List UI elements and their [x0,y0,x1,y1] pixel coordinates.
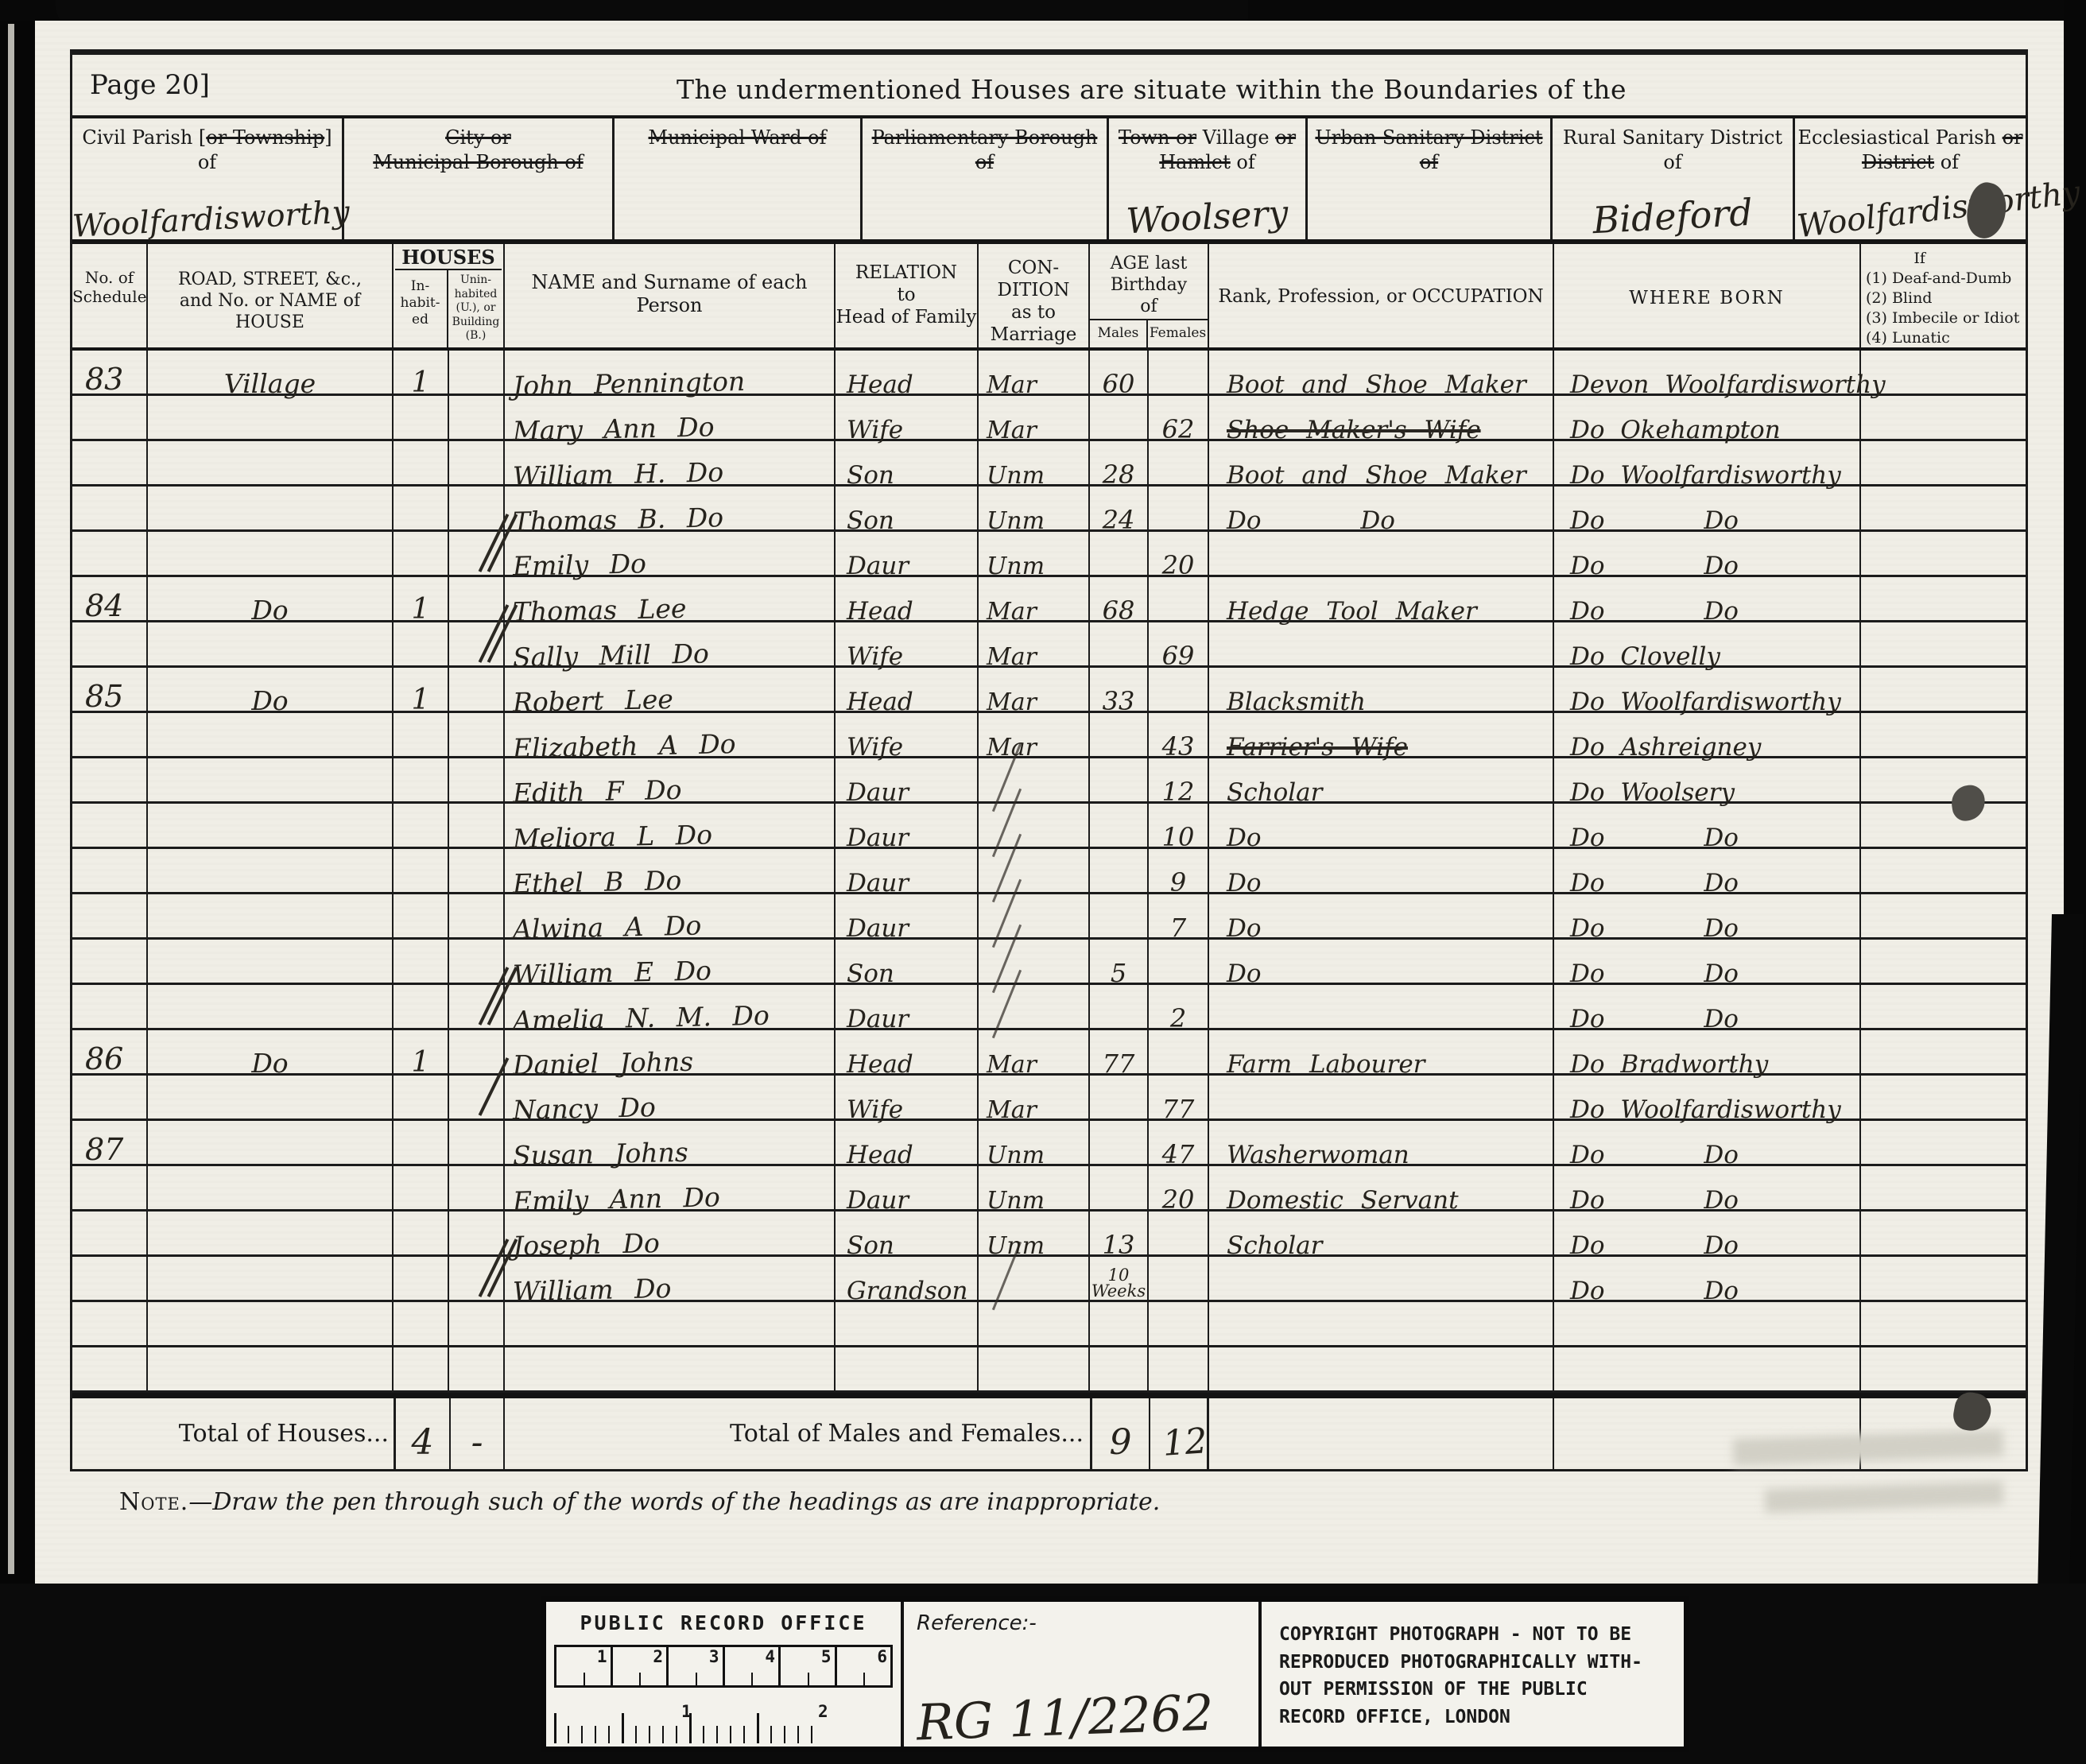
cell-f: 69 [1149,622,1209,668]
cell-rel: Daur [836,849,979,894]
total-persons-label: Total of Males and Females... [505,1398,1090,1469]
houses-group-title: HOUSES [394,244,503,269]
header-box-label: Rural Sanitary District of [1553,126,1793,175]
cell-m [1090,532,1149,577]
census-form-paper: Page 20] The undermentioned Houses are s… [35,21,2064,1584]
cell-occ: Blacksmith [1209,668,1554,713]
header-box-label: Civil Parish [or Township] of [72,126,342,175]
cell-road: Do [148,668,394,713]
cell-m [1090,1166,1149,1212]
ruler-inch-cell: 2 [613,1647,669,1685]
cell-inh [394,894,449,940]
total-uninhabited-value: - [451,1422,503,1463]
cell-m [1090,396,1149,441]
cell-rel: Head [836,577,979,622]
cell-sch [72,940,148,985]
cell-name [505,1347,836,1393]
header-box-city-municipal-borough: City orMunicipal Borough of [344,118,615,239]
cell-occ: Washerwoman [1209,1121,1554,1166]
header-box-label: City orMunicipal Borough of [344,126,612,175]
cell-rel: Head [836,668,979,713]
footer-note-text: —Draw the pen through such of the words … [188,1488,1160,1516]
cell-rel [836,1347,979,1393]
footer-note-label: Note. [119,1488,188,1516]
cell-name: Edith F Do [505,758,836,804]
cell-born: Do Do [1554,577,1861,622]
cell-sch: 85 [72,668,148,713]
cell-rel: Daur [836,1166,979,1212]
cell-name: Susan Johns [505,1121,836,1166]
cell-road [148,1257,394,1302]
cell-inh [394,1121,449,1166]
census-row: Ethel B DoDaur9DoDo Do [72,849,2026,894]
cell-road [148,940,394,985]
total-inhabited-value: 4 [396,1422,449,1463]
cell-dis [1861,758,2026,804]
header-box-label: Urban Sanitary District of [1308,126,1550,175]
cell-born: Do Do [1554,849,1861,894]
cell-name: Elizabeth A Do [505,713,836,758]
cell-sch [72,985,148,1030]
cell-road [148,985,394,1030]
cell-road [148,441,394,487]
cell-road: Village [148,351,394,396]
cell-occ: Do [1209,940,1554,985]
cell-uninh [449,1302,505,1347]
cell-rel: Son [836,940,979,985]
header-box-label: Ecclesiastical Parish orDistrict of [1795,126,2026,175]
cell-uninh [449,940,505,985]
faint-stamp-smudge [1765,1481,2004,1513]
cell-dis [1861,1030,2026,1076]
cell-occ [1209,1347,1554,1393]
cell-uninh [449,577,505,622]
column-header-where-born: WHERE BORN [1554,244,1861,347]
cell-inh [394,622,449,668]
cell-f: 20 [1149,1166,1209,1212]
cell-f: 2 [1149,985,1209,1030]
cell-born: Do Do [1554,940,1861,985]
cell-born: Do Okehampton [1554,396,1861,441]
census-row: Alwina A DoDaur7DoDo Do [72,894,2026,940]
column-header-houses: HOUSES In- habit- ed Unin- habited (U.),… [394,244,505,347]
census-row: Thomas B. DoSonUnm24Do DoDo Do [72,487,2026,532]
cell-sch [72,441,148,487]
cell-rel: Grandson [836,1257,979,1302]
cell-dis [1861,1302,2026,1347]
parish-boxes: Civil Parish [or Township] ofWoolfardisw… [72,118,2026,244]
total-females-value: 12 [1155,1421,1214,1465]
cell-inh [394,1166,449,1212]
cell-dis [1861,351,2026,396]
cell-name: Nancy Do [505,1076,836,1121]
cell-rel: Head [836,1030,979,1076]
cell-rel [836,1302,979,1347]
cell-born: Do Woolfardisworthy [1554,668,1861,713]
cell-dis [1861,894,2026,940]
cell-m: 28 [1090,441,1149,487]
cell-m: 68 [1090,577,1149,622]
cell-inh [394,1076,449,1121]
header-box-label: Parliamentary Borough of [863,126,1107,175]
census-row [72,1302,2026,1347]
cell-dis [1861,441,2026,487]
column-header-age: AGE last Birthday of Males Females [1090,244,1209,347]
census-row: 83Village1John PenningtonHeadMar60Boot a… [72,351,2026,396]
copyright-line: REPRODUCED PHOTOGRAPHICALLY WITH- [1279,1649,1684,1677]
total-uninhabited-cell: - [449,1398,505,1469]
cell-uninh [449,1212,505,1257]
cell-road [148,1302,394,1347]
cell-rel: Head [836,1121,979,1166]
cell-occ: Do [1209,849,1554,894]
cell-f [1149,1347,1209,1393]
cell-born: Do Woolsery [1554,758,1861,804]
cell-occ: Farrier's Wife [1209,713,1554,758]
total-inhabited-cell: 4 [394,1398,449,1469]
cell-uninh [449,713,505,758]
cell-name: William H. Do [505,441,836,487]
cell-f: 47 [1149,1121,1209,1166]
header-box-label: Municipal Ward of [615,126,860,150]
ruler-inch-cell: 6 [837,1647,891,1685]
cell-f: 7 [1149,894,1209,940]
cell-occ: Shoe Maker's Wife [1209,396,1554,441]
cell-cond [979,804,1090,849]
cell-cond [979,1302,1090,1347]
cell-road [148,849,394,894]
cell-m: 33 [1090,668,1149,713]
cell-sch [72,487,148,532]
cell-rel: Son [836,487,979,532]
cell-sch [72,1302,148,1347]
cell-rel: Daur [836,532,979,577]
cell-dis [1861,487,2026,532]
cell-occ: Boot and Shoe Maker [1209,351,1554,396]
copyright-line: COPYRIGHT PHOTOGRAPH - NOT TO BE [1279,1621,1684,1649]
cell-sch [72,1257,148,1302]
cell-sch: 86 [72,1030,148,1076]
cell-rel: Son [836,441,979,487]
cell-born [1554,1302,1861,1347]
cell-inh [394,985,449,1030]
cell-cond: Mar [979,396,1090,441]
cell-m [1090,1121,1149,1166]
header-box-civil-parish: Civil Parish [or Township] ofWoolfardisw… [72,118,344,239]
column-header-uninhabited: Unin- habited (U.), or Building (B.) [448,269,503,347]
cell-m [1090,1302,1149,1347]
houses-subheaders: In- habit- ed Unin- habited (U.), or Bui… [394,269,503,347]
census-row: 85Do1Robert LeeHeadMar33BlacksmithDo Woo… [72,668,2026,713]
cell-born: Do Bradworthy [1554,1030,1861,1076]
ruler-centimetres: 12 [554,1702,824,1743]
header-box-value: Bideford [1552,188,1793,244]
cell-occ: Do Do [1209,487,1554,532]
cell-m [1090,894,1149,940]
cell-dis [1861,396,2026,441]
cell-sch [72,1347,148,1393]
reference-value: RG 11/2262 [916,1684,1215,1752]
cell-name: Alwina A Do [505,894,836,940]
header-box-municipal-ward: Municipal Ward of [615,118,863,239]
cell-uninh [449,1030,505,1076]
cell-rel: Wife [836,622,979,668]
cell-occ [1209,1076,1554,1121]
cell-sch [72,1076,148,1121]
census-row: Emily DoDaurUnm20Do Do [72,532,2026,577]
cell-occ [1209,1257,1554,1302]
cell-cond [979,985,1090,1030]
column-header-name: NAME and Surname of each Person [505,244,836,347]
total-houses-label: Total of Houses... [72,1398,394,1469]
cell-road [148,396,394,441]
ruler-inch-cell: 4 [725,1647,781,1685]
cell-f [1149,351,1209,396]
cell-m: 5 [1090,940,1149,985]
ruler-inches: 123456 [554,1645,893,1688]
cell-inh [394,804,449,849]
cell-cond [979,1347,1090,1393]
cell-m [1090,713,1149,758]
cell-name: John Pennington [505,351,836,396]
table-header-row: No. of Schedule ROAD, STREET, &c., and N… [72,244,2026,351]
cell-rel: Daur [836,758,979,804]
census-row: Nancy DoWifeMar77Do Woolfardisworthy [72,1076,2026,1121]
cell-occ [1209,985,1554,1030]
cell-dis [1861,622,2026,668]
cell-f: 77 [1149,1076,1209,1121]
column-header-inhabited: In- habit- ed [394,269,448,347]
census-row: 84Do1Thomas LeeHeadMar68Hedge Tool Maker… [72,577,2026,622]
cell-born: Do Do [1554,1257,1861,1302]
cell-road [148,1212,394,1257]
cell-name: Mary Ann Do [505,396,836,441]
cell-sch [72,713,148,758]
cell-cond: Mar [979,622,1090,668]
ruler-inch-cell: 3 [669,1647,725,1685]
cell-sch [72,849,148,894]
cell-born: Do Do [1554,1121,1861,1166]
cell-name: Sally Mill Do [505,622,836,668]
cell-road [148,758,394,804]
cell-f: 10 [1149,804,1209,849]
copyright-line: OUT PERMISSION OF THE PUBLIC [1279,1676,1684,1704]
cell-occ: Hedge Tool Maker [1209,577,1554,622]
header-box-town-or-village: Town or Village orHamlet ofWoolsery [1109,118,1308,239]
cell-cond [979,758,1090,804]
cell-road [148,622,394,668]
census-row [72,1347,2026,1393]
cell-inh [394,1347,449,1393]
cell-m: 77 [1090,1030,1149,1076]
cell-inh [394,441,449,487]
cell-uninh [449,804,505,849]
cell-inh: 1 [394,351,449,396]
census-row: Amelia N. M. DoDaur2Do Do [72,985,2026,1030]
cell-inh [394,1257,449,1302]
cell-cond: Unm [979,441,1090,487]
census-row: 87Susan JohnsHeadUnm47WasherwomanDo Do [72,1121,2026,1166]
total-females-cell: 12 [1149,1398,1209,1469]
cell-road [148,1121,394,1166]
column-header-schedule: No. of Schedule [72,244,148,347]
cell-occ: Domestic Servant [1209,1166,1554,1212]
cell-m: 60 [1090,351,1149,396]
form-title-row: Page 20] The undermentioned Houses are s… [72,55,2026,118]
cell-cond [979,849,1090,894]
cell-road [148,1347,394,1393]
cell-road [148,713,394,758]
header-box-rural-sanitary-district: Rural Sanitary District ofBideford [1553,118,1795,239]
cell-uninh [449,668,505,713]
public-record-office-title: PUBLIC RECORD OFFICE [546,1602,901,1634]
cell-m [1090,985,1149,1030]
cell-dis [1861,940,2026,985]
cell-dis [1861,1166,2026,1212]
cell-road [148,804,394,849]
scan-border-left [0,0,35,1764]
cell-born: Do Do [1554,487,1861,532]
cell-cond: Mar [979,351,1090,396]
cell-uninh [449,441,505,487]
cell-m [1090,622,1149,668]
cell-sch [72,1212,148,1257]
cell-f [1149,1212,1209,1257]
cell-occ [1209,532,1554,577]
header-box-value: Woolsery [1108,192,1306,243]
cell-rel: Wife [836,396,979,441]
census-row: William H. DoSonUnm28Boot and Shoe Maker… [72,441,2026,487]
cell-name: Thomas Lee [505,577,836,622]
cell-sch: 83 [72,351,148,396]
cell-sch [72,396,148,441]
cell-sch [72,532,148,577]
cell-cond: Mar [979,713,1090,758]
census-row: Meliora L DoDaur10DoDo Do [72,804,2026,849]
cell-f: 9 [1149,849,1209,894]
stamp-copyright-section: COPYRIGHT PHOTOGRAPH - NOT TO BEREPRODUC… [1262,1602,1684,1747]
cell-born: Do Do [1554,532,1861,577]
cell-m: 13 [1090,1212,1149,1257]
footer-note: Note.—Draw the pen through such of the w… [119,1488,1160,1516]
cell-inh [394,849,449,894]
cell-cond [979,1257,1090,1302]
cell-uninh [449,487,505,532]
cell-rel: Wife [836,713,979,758]
cell-occ: Farm Labourer [1209,1030,1554,1076]
cell-rel: Wife [836,1076,979,1121]
cell-f [1149,487,1209,532]
cell-occ: Do [1209,894,1554,940]
cell-occ [1209,622,1554,668]
header-box-value: Woolfardisworthy [72,195,343,245]
cell-name: Thomas B. Do [505,487,836,532]
column-header-road: ROAD, STREET, &c., and No. or NAME of HO… [148,244,394,347]
cell-inh [394,1212,449,1257]
cell-inh [394,396,449,441]
scanned-census-page: Page 20] The undermentioned Houses are s… [0,0,2086,1764]
cell-occ [1209,1302,1554,1347]
cell-name: Robert Lee [505,668,836,713]
cell-born: Do Do [1554,804,1861,849]
cell-road: Do [148,1030,394,1076]
census-form: Page 20] The undermentioned Houses are s… [70,49,2028,1471]
cell-m [1090,849,1149,894]
column-header-condition: CON- DITION as to Marriage [979,244,1090,347]
ruler-cm-number: 2 [818,1702,828,1721]
cell-born: Devon Woolfardisworthy [1554,351,1861,396]
cell-sch [72,622,148,668]
cell-inh [394,940,449,985]
cell-occ: Scholar [1209,1212,1554,1257]
cell-born [1554,1347,1861,1393]
cell-inh [394,758,449,804]
cell-dis [1861,577,2026,622]
cell-f [1149,441,1209,487]
cell-born: Do Woolfardisworthy [1554,1076,1861,1121]
cell-inh: 1 [394,1030,449,1076]
column-header-disability: If (1) Deaf-and-Dumb (2) Blind (3) Imbec… [1861,244,2026,347]
cell-uninh [449,1121,505,1166]
cell-cond: Unm [979,532,1090,577]
ruler-inch-cell: 1 [556,1647,613,1685]
cell-name: Joseph Do [505,1212,836,1257]
cell-sch: 87 [72,1121,148,1166]
age-subheaders: Males Females [1090,319,1208,347]
cell-road: Do [148,577,394,622]
cell-occ: Scholar [1209,758,1554,804]
cell-dis [1861,1257,2026,1302]
cell-born: Do Woolfardisworthy [1554,441,1861,487]
cell-m [1090,1347,1149,1393]
cell-name: Amelia N. M. Do [505,985,836,1030]
cell-f [1149,940,1209,985]
cell-road [148,532,394,577]
cell-name: William Do [505,1257,836,1302]
census-row: 86Do1Daniel JohnsHeadMar77Farm LabourerD… [72,1030,2026,1076]
cell-inh [394,1302,449,1347]
cell-born: Do Do [1554,985,1861,1030]
cell-f [1149,1302,1209,1347]
cell-born: Do Do [1554,894,1861,940]
form-title: The undermentioned Houses are situate wi… [677,74,1627,105]
cell-occ: Boot and Shoe Maker [1209,441,1554,487]
cell-inh: 1 [394,668,449,713]
cell-f: 43 [1149,713,1209,758]
header-box-parliamentary-borough: Parliamentary Borough of [863,118,1109,239]
column-header-relation: RELATION to Head of Family [836,244,979,347]
cell-rel: Daur [836,804,979,849]
scan-edge-sliver [8,24,14,1574]
cell-dis [1861,804,2026,849]
cell-uninh [449,758,505,804]
cell-name: Ethel B Do [505,849,836,894]
census-row: Emily Ann DoDaurUnm20Domestic ServantDo … [72,1166,2026,1212]
cell-cond: Mar [979,668,1090,713]
total-occupation-cell [1209,1398,1554,1469]
cell-dis [1861,532,2026,577]
cell-cond [979,940,1090,985]
cell-m [1090,804,1149,849]
cell-uninh [449,396,505,441]
column-header-occupation: Rank, Profession, or OCCUPATION [1209,244,1554,347]
cell-cond: Mar [979,1076,1090,1121]
cell-m: 24 [1090,487,1149,532]
table-body: 83Village1John PenningtonHeadMar60Boot a… [72,351,2026,1393]
census-row: William DoGrandson10 WeeksDo Do [72,1257,2026,1302]
cell-dis [1861,668,2026,713]
cell-f [1149,1030,1209,1076]
